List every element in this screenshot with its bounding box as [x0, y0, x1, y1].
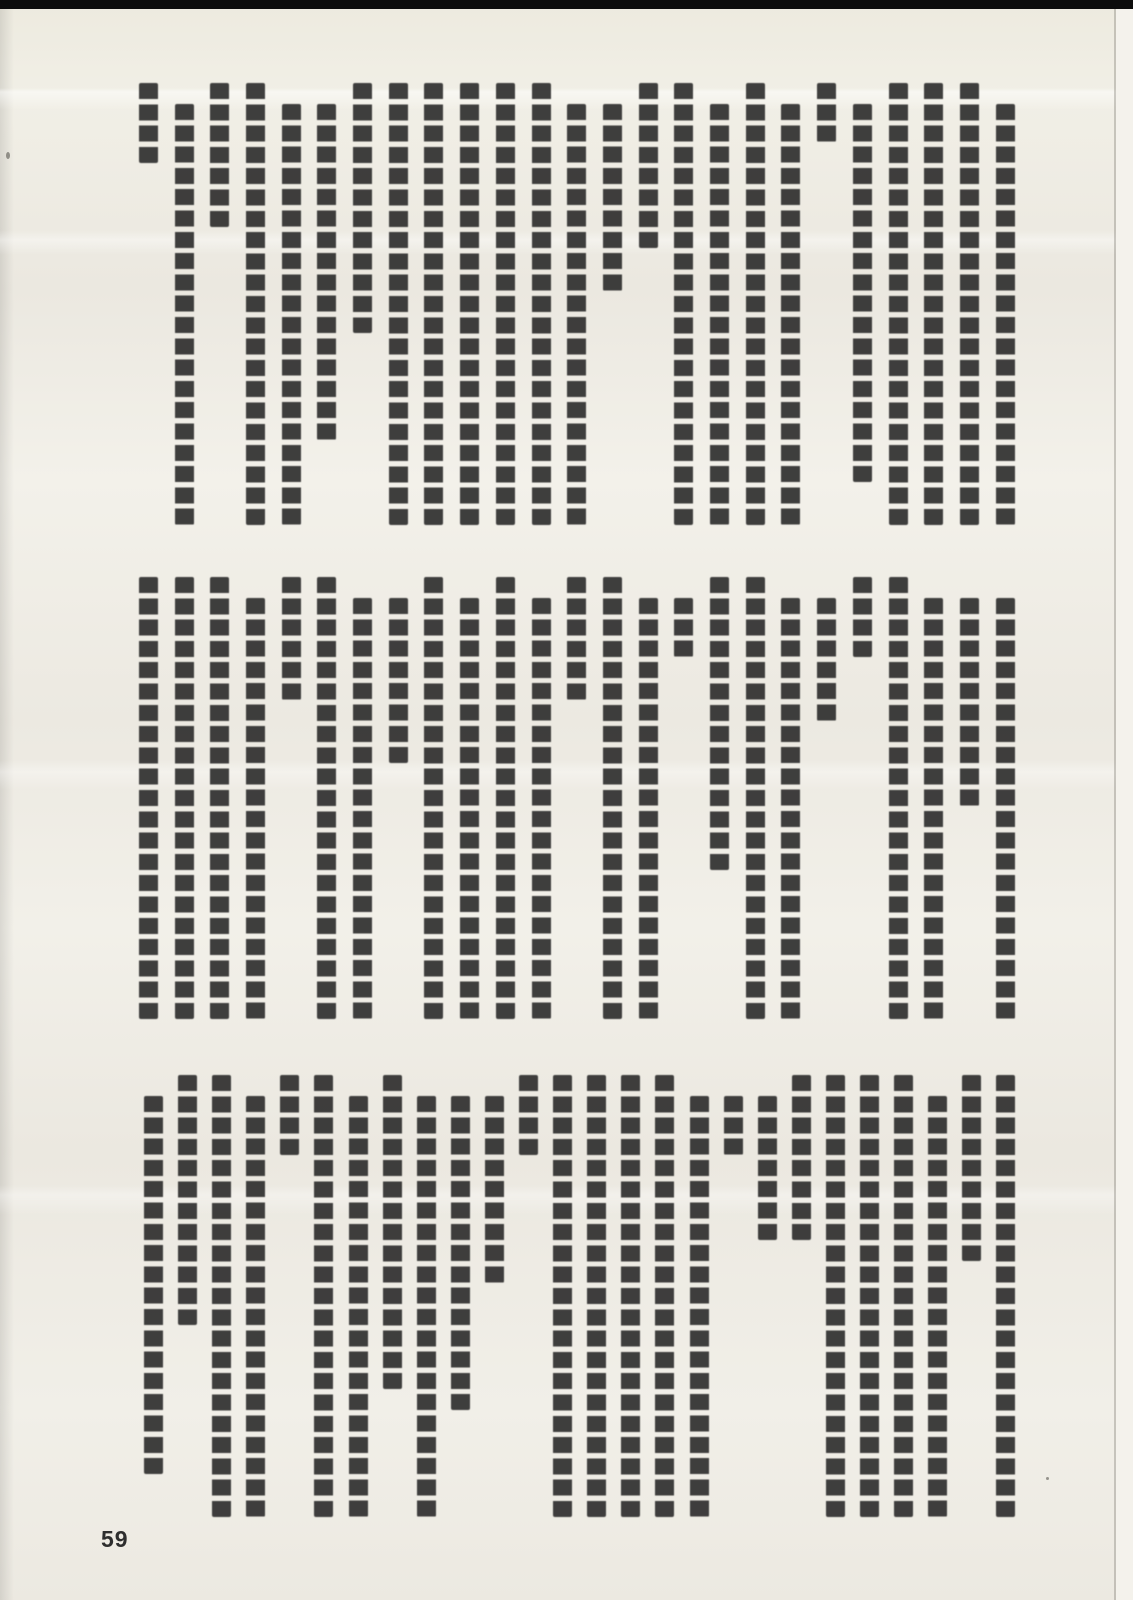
redacted-text-column: [817, 598, 836, 721]
redacted-text-column: [960, 83, 979, 525]
redacted-text-column: [353, 598, 372, 1019]
redacted-text-column: [532, 83, 551, 525]
redacted-text-column: [246, 1096, 265, 1517]
redacted-text-column: [175, 577, 194, 1019]
redacted-text-column: [417, 1096, 436, 1517]
redacted-text-column: [485, 1096, 504, 1282]
redacted-text-column: [924, 83, 943, 525]
redacted-text-column: [587, 1075, 606, 1517]
redacted-text-column: [460, 83, 479, 525]
redacted-text-column: [639, 83, 658, 248]
redacted-text-column: [996, 104, 1015, 525]
redacted-text-column: [690, 1096, 709, 1517]
redacted-text-column: [792, 1075, 811, 1240]
redacted-text-column: [532, 598, 551, 1019]
text-band-bottom: [0, 1075, 1133, 1523]
redacted-text-column: [175, 104, 194, 525]
redacted-text-column: [383, 1075, 402, 1389]
redacted-text-column: [317, 104, 336, 440]
redacted-text-column: [349, 1096, 368, 1517]
redacted-text-column: [710, 104, 729, 525]
redacted-text-column: [639, 598, 658, 1019]
redacted-text-column: [424, 83, 443, 525]
redacted-text-column: [280, 1075, 299, 1155]
redacted-text-column: [519, 1075, 538, 1155]
redacted-text-column: [853, 104, 872, 482]
redacted-text-column: [826, 1075, 845, 1517]
redacted-text-column: [496, 83, 515, 525]
redacted-text-column: [674, 598, 693, 657]
redacted-text-column: [246, 83, 265, 525]
page-number: 59: [101, 1526, 129, 1553]
redacted-text-column: [212, 1075, 231, 1517]
redacted-text-column: [282, 577, 301, 700]
redacted-text-column: [928, 1096, 947, 1517]
redacted-text-column: [860, 1075, 879, 1517]
redacted-text-column: [724, 1096, 743, 1155]
redacted-text-column: [655, 1075, 674, 1517]
redacted-text-column: [314, 1075, 333, 1517]
redacted-text-column: [889, 577, 908, 1019]
redacted-text-column: [996, 1075, 1015, 1517]
redacted-text-column: [817, 83, 836, 142]
redacted-text-column: [178, 1075, 197, 1325]
redacted-text-column: [139, 83, 158, 163]
redacted-text-column: [710, 577, 729, 870]
redacted-text-column: [924, 598, 943, 1019]
redacted-text-column: [894, 1075, 913, 1517]
redacted-text-column: [567, 577, 586, 700]
redacted-text-column: [282, 104, 301, 525]
redacted-text-column: [451, 1096, 470, 1410]
redacted-text-column: [781, 598, 800, 1019]
redacted-text-column: [210, 577, 229, 1019]
redacted-text-column: [210, 83, 229, 227]
redacted-text-column: [317, 577, 336, 1019]
redacted-text-column: [144, 1096, 163, 1474]
scanner-edge-strip: [0, 0, 1133, 9]
redacted-text-column: [353, 83, 372, 333]
redacted-text-column: [758, 1096, 777, 1240]
redacted-text-column: [746, 577, 765, 1019]
text-band-middle: [0, 577, 1133, 1025]
redacted-text-column: [389, 83, 408, 525]
redacted-text-column: [246, 598, 265, 1019]
redacted-text-column: [996, 598, 1015, 1019]
redacted-text-column: [460, 598, 479, 1019]
redacted-text-column: [603, 577, 622, 1019]
text-band-top: [0, 83, 1133, 531]
redacted-text-column: [853, 577, 872, 657]
redacted-text-column: [567, 104, 586, 525]
redacted-text-column: [496, 577, 515, 1019]
redacted-text-column: [781, 104, 800, 525]
redacted-text-column: [603, 104, 622, 290]
scanned-page: 59: [0, 0, 1133, 1600]
redacted-text-column: [553, 1075, 572, 1517]
redacted-text-column: [962, 1075, 981, 1261]
redacted-text-column: [389, 598, 408, 763]
scan-speck: [6, 152, 10, 159]
redacted-text-column: [889, 83, 908, 525]
redacted-text-column: [674, 83, 693, 525]
redacted-text-column: [139, 577, 158, 1019]
redacted-text-column: [621, 1075, 640, 1517]
redacted-text-column: [746, 83, 765, 525]
redacted-text-column: [424, 577, 443, 1019]
redacted-text-column: [960, 598, 979, 806]
scan-speck: [1046, 1477, 1049, 1480]
